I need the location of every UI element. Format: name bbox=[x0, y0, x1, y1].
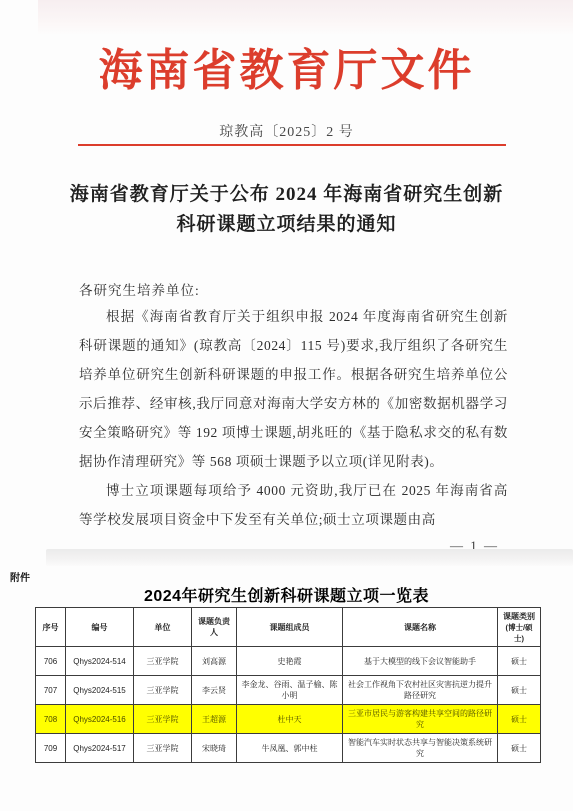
attachment-table-title: 2024年研究生创新科研课题立项一览表 bbox=[0, 583, 573, 606]
header-divider-line bbox=[78, 144, 506, 146]
header-category: 课题类别 (博士/硕士) bbox=[498, 608, 541, 647]
cell-seq: 706 bbox=[36, 647, 66, 676]
cell-leader: 刘高源 bbox=[192, 647, 237, 676]
cell-title: 基于大模型的线下会议智能助手 bbox=[343, 647, 498, 676]
cell-members: 史艳霞 bbox=[237, 647, 343, 676]
header-category-sub: (博士/硕士) bbox=[501, 622, 537, 644]
cell-unit: 三亚学院 bbox=[134, 734, 192, 763]
cell-seq: 707 bbox=[36, 676, 66, 705]
cell-category: 硕士 bbox=[498, 647, 541, 676]
scan-artifact-band bbox=[38, 0, 573, 34]
table-row: 707 Qhys2024-515 三亚学院 李云贤 李金龙、谷雨、温子榆、陈小明… bbox=[36, 676, 541, 705]
header-code: 编号 bbox=[66, 608, 134, 647]
cell-members: 杜中天 bbox=[237, 705, 343, 734]
cell-unit: 三亚学院 bbox=[134, 647, 192, 676]
table-row-highlighted: 708 Qhys2024-516 三亚学院 王超源 杜中天 三亚市居民与游客构建… bbox=[36, 705, 541, 734]
document-body: 根据《海南省教育厅关于组织申报 2024 年度海南省研究生创新科研课题的通知》(… bbox=[79, 302, 508, 534]
document-header-title: 海南省教育厅文件 bbox=[0, 34, 573, 98]
header-title: 课题名称 bbox=[343, 608, 498, 647]
grant-projects-table: 序号 编号 单位 课题负责人 课题组成员 课题名称 课题类别 (博士/硕士) 7… bbox=[35, 607, 541, 763]
cell-members: 李金龙、谷雨、温子榆、陈小明 bbox=[237, 676, 343, 705]
cell-leader: 李云贤 bbox=[192, 676, 237, 705]
cell-unit: 三亚学院 bbox=[134, 705, 192, 734]
cell-members: 牛凤凰、郭中柱 bbox=[237, 734, 343, 763]
salutation: 各研究生培养单位: bbox=[79, 279, 200, 299]
cell-code: Qhys2024-514 bbox=[66, 647, 134, 676]
table-row: 706 Qhys2024-514 三亚学院 刘高源 史艳霞 基于大模型的线下会议… bbox=[36, 647, 541, 676]
header-members: 课题组成员 bbox=[237, 608, 343, 647]
cell-code: Qhys2024-516 bbox=[66, 705, 134, 734]
cell-leader: 王超源 bbox=[192, 705, 237, 734]
cell-title: 三亚市居民与游客构建共享空间的路径研究 bbox=[343, 705, 498, 734]
notice-title: 海南省教育厅关于公布 2024 年海南省研究生创新科研课题立项结果的通知 bbox=[66, 180, 507, 240]
header-leader: 课题负责人 bbox=[192, 608, 237, 647]
document-number: 琼教高〔2025〕2 号 bbox=[0, 121, 573, 141]
body-paragraph: 博士立项课题每项给予 4000 元资助,我厅已在 2025 年海南省高等学校发展… bbox=[79, 476, 508, 534]
cell-category: 硕士 bbox=[498, 676, 541, 705]
cell-title: 智能汽车实时状态共享与智能决策系统研究 bbox=[343, 734, 498, 763]
cell-title: 社会工作视角下农村社区灾害抗逆力提升路径研究 bbox=[343, 676, 498, 705]
cell-unit: 三亚学院 bbox=[134, 676, 192, 705]
cell-leader: 宋晓琦 bbox=[192, 734, 237, 763]
cell-seq: 708 bbox=[36, 705, 66, 734]
scanned-document-page: 海南省教育厅文件 琼教高〔2025〕2 号 海南省教育厅关于公布 2024 年海… bbox=[0, 0, 573, 811]
table-row: 709 Qhys2024-517 三亚学院 宋晓琦 牛凤凰、郭中柱 智能汽车实时… bbox=[36, 734, 541, 763]
body-paragraph: 根据《海南省教育厅关于组织申报 2024 年度海南省研究生创新科研课题的通知》(… bbox=[79, 302, 508, 476]
attachment-label: 附件 bbox=[10, 569, 30, 584]
cell-category: 硕士 bbox=[498, 705, 541, 734]
cell-seq: 709 bbox=[36, 734, 66, 763]
header-category-main: 课题类别 bbox=[501, 611, 537, 622]
header-seq: 序号 bbox=[36, 608, 66, 647]
table-header-row: 序号 编号 单位 课题负责人 课题组成员 课题名称 课题类别 (博士/硕士) bbox=[36, 608, 541, 647]
cell-code: Qhys2024-515 bbox=[66, 676, 134, 705]
cell-code: Qhys2024-517 bbox=[66, 734, 134, 763]
scan-shadow-band bbox=[46, 549, 573, 566]
header-unit: 单位 bbox=[134, 608, 192, 647]
cell-category: 硕士 bbox=[498, 734, 541, 763]
